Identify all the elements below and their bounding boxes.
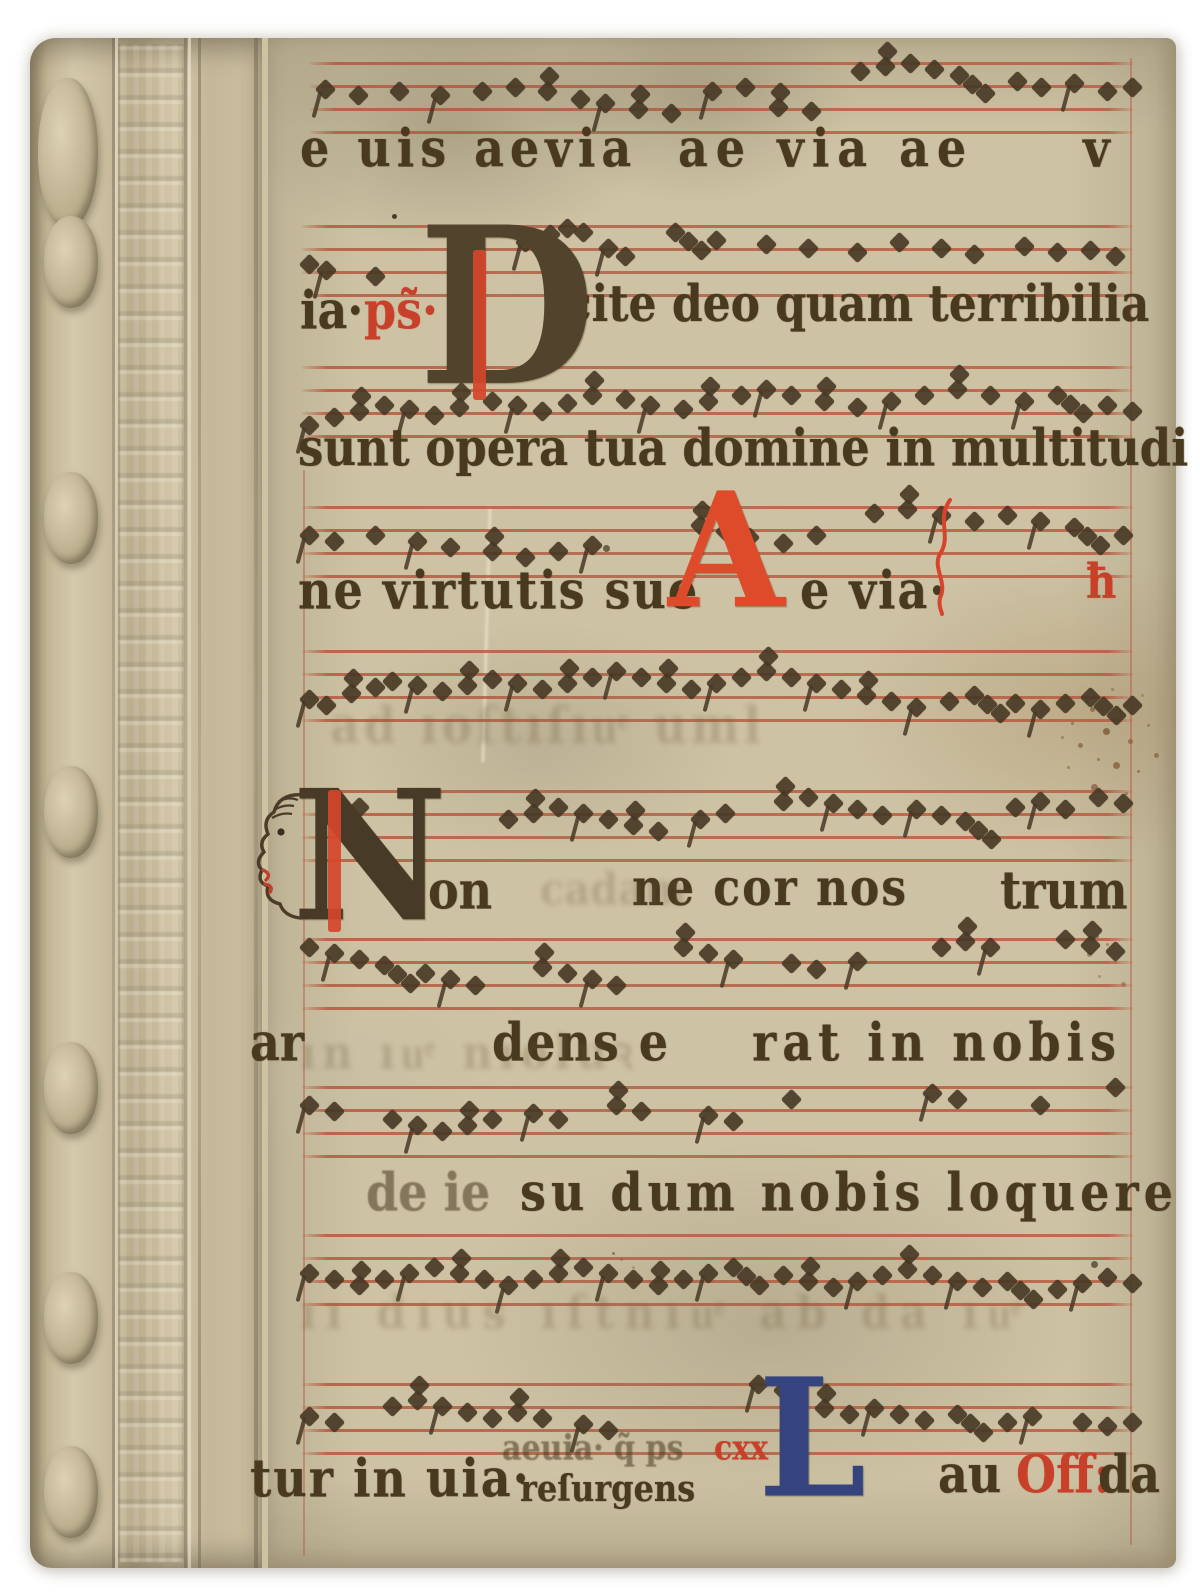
lyric-segment: rat in nobis: [752, 1016, 1122, 1068]
staff-line: [302, 1406, 1133, 1409]
staff-line: [310, 85, 1133, 88]
staff-line: [302, 1234, 1133, 1237]
lyric-segment: Off:: [1016, 1448, 1111, 1500]
spine-groove-highlight: [115, 38, 118, 1568]
staff-line: [302, 1086, 1133, 1089]
lyric-segment: ar: [250, 1016, 304, 1068]
lyric-segment: ia·: [300, 284, 363, 336]
lyric-segment: ae via ae: [678, 122, 974, 174]
spine-groove: [184, 38, 187, 1568]
staff-line: [302, 1155, 1133, 1158]
lyric-segment: ħ: [1086, 558, 1117, 606]
lyric-segment: tur in uia·: [250, 1452, 531, 1504]
lyric-segment: e via·: [800, 564, 947, 616]
lyric-segment: reſurgens: [520, 1470, 695, 1506]
lyric-segment: e uis aevia: [300, 122, 637, 174]
profile-face-drawing: [250, 788, 320, 938]
spine-headcap: [38, 78, 98, 228]
staff-line: [302, 1109, 1133, 1112]
lyric-segment: aeuia· q̃ ps: [502, 1432, 683, 1466]
spine-raised-band: [44, 1272, 98, 1364]
initial-d: D: [418, 208, 596, 408]
staff-line: [302, 1257, 1133, 1260]
ink-specks: [392, 214, 397, 219]
lyric-segment: v: [1083, 122, 1110, 174]
book-spine: [30, 38, 262, 1568]
lyric-segment: ne virtutis sue: [298, 564, 699, 616]
spine-groove: [198, 38, 201, 1568]
show-through-text: cadam: [540, 868, 686, 912]
lyric-segment: su dum nobis loquere: [520, 1166, 1178, 1218]
foxing-spots: [612, 1252, 615, 1255]
initial-l: L: [758, 1364, 866, 1514]
lyric-segment: icite deo quam terribilia: [548, 280, 1149, 330]
show-through-text: ın ıuͤ nıoluꝛ: [300, 1030, 639, 1076]
initial-a: A: [668, 478, 784, 624]
spine-raised-band: [44, 216, 98, 308]
staff-line: [302, 1132, 1133, 1135]
staff-line: [302, 984, 1133, 987]
verse-divider-mark: [934, 498, 956, 616]
manuscript-photo: e uis aeviaae via aevia·ps̃·icite deo qu…: [0, 0, 1200, 1595]
initial-red-bar: [328, 790, 341, 932]
spine-raised-band: [44, 1042, 98, 1134]
profile-face-drawing: [250, 788, 320, 942]
blind-tooled-strip: [118, 44, 184, 1562]
lyric-segment: au: [938, 1448, 1001, 1500]
spine-raised-band: [44, 1446, 98, 1538]
spine-raised-band: [44, 766, 98, 858]
lyric-segment: trum: [1000, 864, 1128, 916]
lyric-segment: de ie: [366, 1166, 490, 1218]
initial-red-bar: [473, 250, 486, 400]
show-through-text: ad ıoſtıſıuͤ uml: [330, 700, 765, 751]
spine-raised-band: [44, 472, 98, 564]
staff-line: [310, 62, 1133, 65]
staff-line: [302, 1007, 1133, 1010]
lyric-segment: da: [1098, 1448, 1160, 1500]
show-through-text: ıı dıus ıſtnıuͤ ab da ıuͤ: [300, 1290, 1032, 1336]
spine-groove-highlight: [188, 38, 191, 1568]
verse-divider-mark: [934, 498, 956, 620]
staff-line: [302, 650, 1133, 653]
